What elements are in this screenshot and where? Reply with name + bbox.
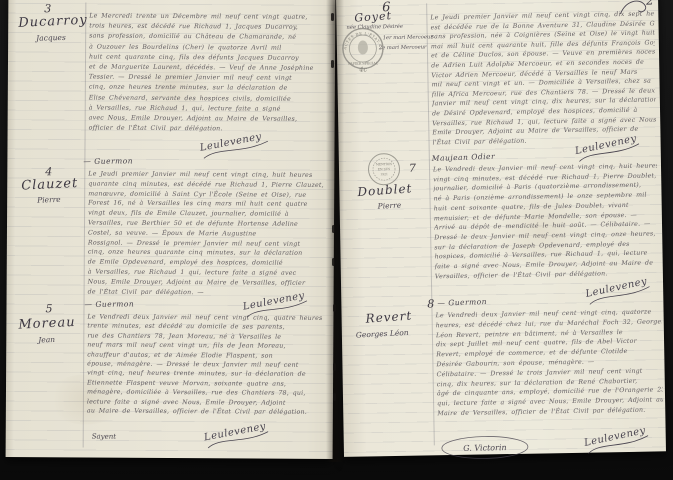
entry-body: Le Vendredi deux Janvier mil neuf cent v… bbox=[433, 161, 659, 281]
entry-header-note: — Guermon bbox=[84, 299, 134, 309]
entry-margin-name: Revert bbox=[365, 309, 412, 326]
entry-margin-name: Goyet bbox=[354, 9, 392, 25]
stamp-text: 1921 bbox=[380, 172, 388, 176]
mention-wreath-stamp: MENTION EN SUS 1921 bbox=[367, 152, 402, 187]
entry-margin-name: Ducarroy bbox=[18, 13, 88, 31]
binding-stitch bbox=[333, 363, 336, 371]
binding-stitch bbox=[331, 60, 334, 68]
binding-stitch bbox=[331, 13, 334, 21]
declarant-oval-signature: G. Victorin bbox=[439, 434, 531, 462]
stamp-text: MENTION bbox=[376, 162, 393, 166]
entry-margin-subname: Pierre bbox=[37, 195, 61, 205]
margin-note: Sayent bbox=[92, 433, 116, 441]
entry-header-note: — Guermon bbox=[437, 297, 487, 308]
binding-stitch bbox=[332, 258, 335, 266]
signature-text: G. Victorin bbox=[463, 443, 507, 453]
registrar-signature: Leuleveney bbox=[582, 418, 652, 457]
entry-margin-name: Clauzet bbox=[21, 176, 79, 194]
entry-body: Le Jeudi premier Janvier mil neuf cent v… bbox=[430, 9, 656, 147]
left-page: 3 Ducarroy Jacques Le Mercredi trente un… bbox=[6, 0, 336, 459]
binding-stitch bbox=[332, 225, 335, 233]
entry-number: 5 bbox=[45, 302, 52, 315]
entry-body: Le Mercredi trente un Décembre mil neuf … bbox=[89, 12, 326, 136]
entry-margin-line: 1er mari Mercoeur bbox=[383, 34, 433, 41]
entry-margin-subname: Jacques bbox=[36, 33, 66, 43]
entry-body: Le Jeudi premier Janvier mil neuf cent v… bbox=[88, 169, 327, 298]
handwritten-line: au Maire de Versailles, officier de l'Ét… bbox=[87, 407, 325, 418]
etat-civil-revenue-stamp: ACTES DE L'ÉTAT-CIVIL PAPIER SPÉCIAL 4c bbox=[341, 27, 386, 74]
entry-margin-subname: Georges Léon bbox=[356, 328, 409, 340]
entry-margin-name: Moreau bbox=[18, 315, 76, 333]
entry-margin-name: Doublet bbox=[357, 181, 413, 199]
margin-rule bbox=[83, 2, 87, 447]
entry-margin-subname: Jean bbox=[38, 335, 55, 344]
entry-body: Le Vendredi deux Janvier mil neuf cent v… bbox=[436, 307, 664, 419]
marianne-head-icon bbox=[358, 40, 368, 54]
entry-body: Le Vendredi deux Janvier mil neuf cent v… bbox=[87, 312, 326, 417]
binding-stitch bbox=[333, 393, 336, 401]
entry-header-note: — Guermon bbox=[83, 156, 133, 166]
entry-margin-line: 2e mari Mercoeur bbox=[379, 44, 427, 51]
stamp-text: EN SUS bbox=[378, 167, 390, 171]
right-page: 2 6 Goyet née Claudine Désirée 1er mari … bbox=[336, 0, 666, 457]
entry-number: 3 bbox=[44, 2, 51, 15]
stamp-value: 4c bbox=[358, 65, 367, 73]
entry-number: 7 bbox=[409, 162, 416, 175]
entry-margin-subname: Pierre bbox=[377, 200, 401, 210]
register-scan: 3 Ducarroy Jacques Le Mercredi trente un… bbox=[0, 0, 673, 480]
binding-stitch bbox=[333, 304, 336, 312]
entry-header-note: Maujean Odier bbox=[432, 152, 496, 163]
registrar-signature: Leuleveney bbox=[202, 414, 272, 452]
entry-number: 8 bbox=[427, 297, 434, 310]
